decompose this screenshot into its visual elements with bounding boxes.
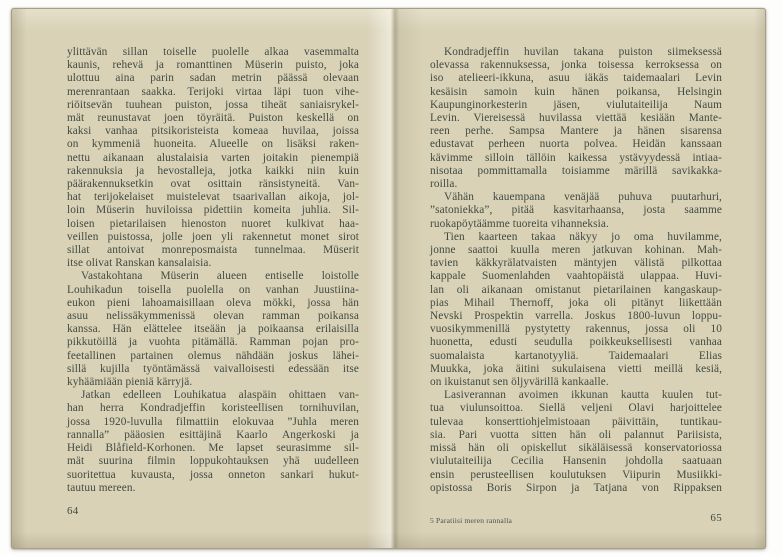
right-page-text: Kondradjeffin huvilan takana puiston sii… (430, 46, 722, 495)
text-line: kaunis, rehevä ja romanttinen Müserin pu… (67, 59, 359, 72)
text-line: Nevski Prospektin varrella. Joskus 1800-… (430, 310, 722, 323)
text-line: iso atelieeri-ikkuna, asuu iäkäs taidema… (430, 72, 722, 85)
text-line: reen perhe. Sampsa Mantere ja hänen sisa… (430, 125, 722, 138)
text-line: viulutaiteilija Cecilia Hansenin johdoll… (430, 455, 722, 468)
text-line: olevassa rakennuksessa, jonka toisessa k… (430, 59, 722, 72)
text-line: edustavat perheen nuorta polvea. Heidän … (430, 138, 722, 151)
text-line: jonne saattoi kuulla meren jatkuvan kohi… (430, 244, 722, 257)
left-page: ylittävän sillan toiselle puolelle alkaa… (12, 9, 395, 548)
text-line: sillä kujilla työntämässä vaivalloisesti… (67, 363, 359, 376)
text-line: ulottuu aina parin sadan metrin päässä o… (67, 72, 359, 85)
text-line: merenrantaan saakka. Terijoki virtaa läp… (67, 86, 359, 99)
text-line: itse olivat Ranskan kansalaisia. (67, 257, 359, 270)
text-line: rakennuksia ja hevostalleja, jotka kaikk… (67, 165, 359, 178)
scan-background: ylittävän sillan toiselle puolelle alkaa… (0, 0, 782, 556)
text-line: Kondradjeffin huvilan takana puiston sii… (430, 46, 722, 59)
left-page-number: 64 (67, 505, 79, 517)
text-line: mät suurina filmin loppukohtauksen yhä u… (67, 455, 359, 468)
text-line: nettu aikanaan alustalaisia varten joita… (67, 152, 359, 165)
text-line: tua viulunsoittoa. Siellä veljeni Olavi … (430, 402, 722, 415)
text-line: feetallinen partainen olemus nähdään jos… (67, 350, 359, 363)
text-line: ensin perusteellisen koulutuksen Viipuri… (430, 469, 722, 482)
text-line: pikkutöillä ja vuohta pitämällä. Ramman … (67, 336, 359, 349)
right-page-number: 65 (430, 512, 722, 524)
text-line: sillat antoivat monreposmaista tunnelmaa… (67, 244, 359, 257)
text-line: mät reunustavat joen töyräitä. Puiston k… (67, 112, 359, 125)
text-line: Jatkan edelleen Louhikatua alaspäin ohit… (67, 389, 359, 402)
text-line: rannalla” pääosien esittäjinä Kaarlo Ang… (67, 429, 359, 442)
text-line: lan oli aikanaan omistanut pietarilainen… (430, 284, 722, 297)
text-line: sia. Pari vuotta sitten hän oli palannut… (430, 429, 722, 442)
text-line: suomalaista kartanotyyliä. Taidemaalari … (430, 350, 722, 363)
text-line: on kymmeniä huoneita. Alueelle on lisäks… (67, 138, 359, 151)
text-line: eukon pieni lahoamaisillaan oleva mökki,… (67, 297, 359, 310)
text-line: Heidi Blåfield-Korhonen. Me lapset seura… (67, 442, 359, 455)
text-line: huonetta, edusti seudulla poikkeuksellis… (430, 336, 722, 349)
text-line: suoritettua kuvausta, jossa onneton sank… (67, 469, 359, 482)
text-line: nisotaa pommittamalla toisiamme märillä … (430, 165, 722, 178)
left-page-text: ylittävän sillan toiselle puolelle alkaa… (67, 46, 359, 495)
text-line: vuosikymmenillä pystytetty rakennus, jos… (430, 323, 722, 336)
text-line: opistossa Boris Sirpon ja Tatjana von Ri… (430, 482, 722, 495)
text-line: jossa 1920-luvulla filmattiin elokuvaa ”… (67, 416, 359, 429)
text-line: han herra Kondradjeffin koristeellisen t… (67, 402, 359, 415)
text-line: tulevaa konserttiohjelmistoaan päivittäi… (430, 416, 722, 429)
text-line: on ikuistanut sen öljyvärillä kankaalle. (430, 376, 722, 389)
text-line: Louhikadun toisella puolella on vanhan J… (67, 284, 359, 297)
text-line: tautuu mereen. (67, 482, 359, 495)
text-line: Vähän kauempana venäjää puhuva puutarhur… (430, 191, 722, 204)
text-line: Tien kaarteen takaa näkyy jo oma huvilam… (430, 231, 722, 244)
text-line: kävimme silloin tällöin kaikessa ystävyy… (430, 152, 722, 165)
text-line: kesäisin samoin kuin hänen poikansa, Hel… (430, 86, 722, 99)
text-line: tavien käkkyrälatvaisten mäntyjen välist… (430, 257, 722, 270)
text-line: Levin. Viereisessä huvilassa viettää kes… (430, 112, 722, 125)
text-line: hat terijokelaiset muistelevat tsaarival… (67, 191, 359, 204)
text-line: Muukka, joka äitini sukulaisena vietti m… (430, 363, 722, 376)
text-line: kanssa. Hän elättelee itseään ja poikaan… (67, 323, 359, 336)
text-line: missä hän oli opiskellut sikäläisessä ko… (430, 442, 722, 455)
text-line: ylittävän sillan toiselle puolelle alkaa… (67, 46, 359, 59)
text-line: Lasiverannan avoimen ikkunan kautta kuul… (430, 389, 722, 402)
text-line: kyhäämiään pieniä kärryjä. (67, 376, 359, 389)
book-spread: ylittävän sillan toiselle puolelle alkaa… (11, 8, 766, 549)
text-line: roilla. (430, 178, 722, 191)
text-line: Kaupunginorkesterin jäsen, viulutaiteili… (430, 99, 722, 112)
text-line: ruokapöytäämme tuoreita vihanneksia. (430, 218, 722, 231)
text-line: kappale Suomenlahden vaahtopäistä ulappa… (430, 270, 722, 283)
text-line: riöitsevän tuuhean puiston, jossa tiheät… (67, 99, 359, 112)
text-line: ”satoniekka”, pitää kasvitarhaansa, jost… (430, 204, 722, 217)
text-line: loisen pietarilaisen hienoston nuoret ku… (67, 218, 359, 231)
text-line: pias Mihail Thernoff, joka oli pitänyt l… (430, 297, 722, 310)
text-line: asuu nelissäkymmenissä olevan ramman poi… (67, 310, 359, 323)
right-page: Kondradjeffin huvilan takana puiston sii… (395, 9, 765, 548)
text-line: loin Müserin huviloissa pidettiin komeit… (67, 204, 359, 217)
text-line: veillen puistossa, jolle joen yli rakenn… (67, 231, 359, 244)
text-line: Vastakohtana Müserin alueen entiselle lo… (67, 270, 359, 283)
text-line: päärakennuksetkin ovat osittain ränsisty… (67, 178, 359, 191)
text-line: kaksi vanhaa pitsikoristeista komeaa huv… (67, 125, 359, 138)
